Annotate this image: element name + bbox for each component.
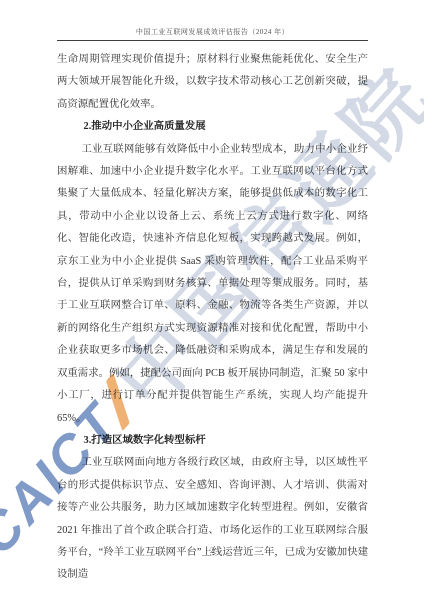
section-heading: 3.打造区域数字化转型标杆 bbox=[57, 430, 368, 452]
header-rule bbox=[57, 40, 368, 41]
document-body: 生命周期管理实现价值提升；原材料行业聚焦能耗优化、安全生产两大领域开展智能化升级… bbox=[57, 49, 368, 587]
body-paragraph: 生命周期管理实现价值提升；原材料行业聚焦能耗优化、安全生产两大领域开展智能化升级… bbox=[57, 49, 368, 116]
section-heading: 2.推动中小企业高质量发展 bbox=[57, 116, 368, 138]
running-header-title: 中国工业互联网发展成效评估报告（2024 年） bbox=[57, 26, 368, 38]
body-paragraph: 工业互联网能够有效降低中小企业转型成本，助力中小企业纾困解难、加速中小企业提升数… bbox=[57, 139, 368, 430]
document-page: 中国工业互联网发展成效评估报告（2024 年） 生命周期管理实现价值提升；原材料… bbox=[0, 0, 424, 600]
body-paragraph: 工业互联网面向地方各级行政区域，由政府主导，以区域性平台的形式提供标识节点、安全… bbox=[57, 452, 368, 586]
